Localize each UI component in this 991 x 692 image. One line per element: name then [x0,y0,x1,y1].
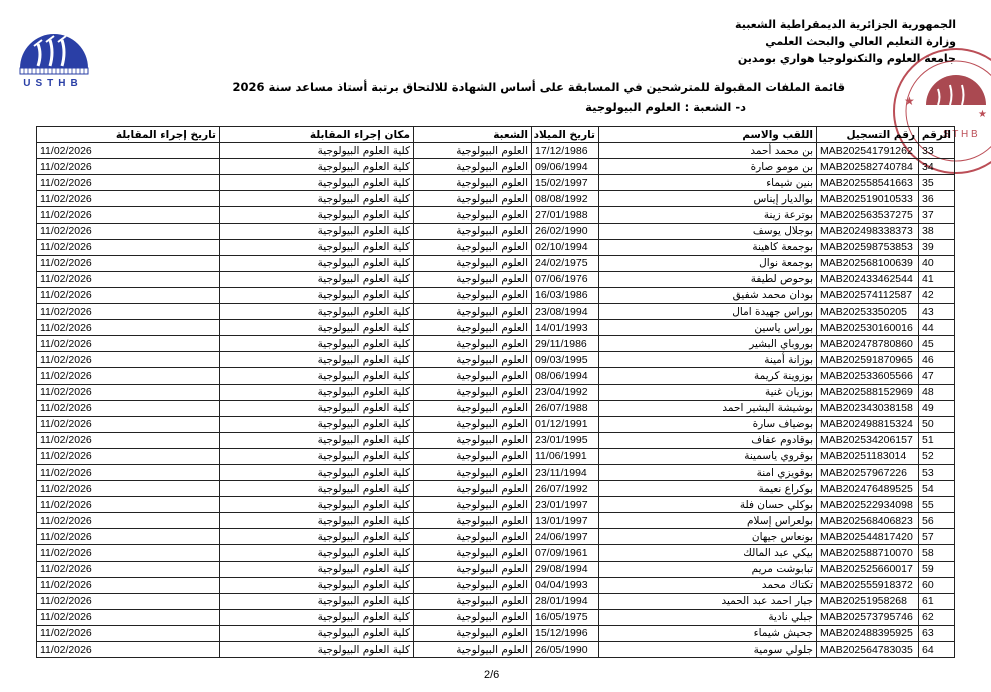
field-cell: العلوم البيولوجية [414,320,532,336]
table-row: 40MAB202568100639بوجمعة نوال24/02/1975ال… [37,255,955,271]
interview-place-cell: كلية العلوم البيولوجية [220,416,414,432]
candidate-name-cell: بوقادوم عفاف [599,432,817,448]
registration-number-cell: MAB202525660017 [817,561,919,577]
interview-place-cell: كلية العلوم البيولوجية [220,239,414,255]
candidate-name-cell: بوقروي ياسمينة [599,448,817,464]
field-cell: العلوم البيولوجية [414,432,532,448]
header-interview-place: مكان إجراء المقابلة [220,127,414,143]
field-cell: العلوم البيولوجية [414,352,532,368]
field-cell: العلوم البيولوجية [414,191,532,207]
usthb-logo-icon [14,24,94,80]
table-row: 62MAB202573795746جبلي نادية16/05/1975الع… [37,609,955,625]
table-row: 43MAB20253350205بوراس جهيدة امال23/08/19… [37,304,955,320]
row-number-cell: 55 [919,497,955,513]
birth-date-cell: 29/11/1986 [532,336,599,352]
interview-place-cell: كلية العلوم البيولوجية [220,143,414,159]
field-cell: العلوم البيولوجية [414,384,532,400]
row-number-cell: 61 [919,593,955,609]
candidate-name-cell: تبابوشت مريم [599,561,817,577]
field-cell: العلوم البيولوجية [414,513,532,529]
interview-place-cell: كلية العلوم البيولوجية [220,223,414,239]
interview-date-cell: 11/02/2026 [37,159,220,175]
table-row: 46MAB202591870965بوزانة أمينة09/03/1995ا… [37,352,955,368]
candidate-name-cell: بوترعة زينة [599,207,817,223]
field-cell: العلوم البيولوجية [414,304,532,320]
candidate-name-cell: جبار احمد عبد الحميد [599,593,817,609]
registration-number-cell: MAB202530160016 [817,320,919,336]
birth-date-cell: 15/02/1997 [532,175,599,191]
interview-place-cell: كلية العلوم البيولوجية [220,432,414,448]
birth-date-cell: 11/06/1991 [532,448,599,464]
table-row: 57MAB202544817420بونعاس جيهان24/06/1997ا… [37,529,955,545]
country-name: الجمهورية الجزائرية الديمقراطية الشعبية [735,16,956,33]
svg-text:★: ★ [904,94,915,108]
registration-number-cell: MAB202573795746 [817,609,919,625]
interview-place-cell: كلية العلوم البيولوجية [220,642,414,658]
registration-number-cell: MAB20251958268 [817,593,919,609]
birth-date-cell: 07/06/1976 [532,271,599,287]
birth-date-cell: 08/08/1992 [532,191,599,207]
candidate-name-cell: بوجمعة نوال [599,255,817,271]
row-number-cell: 51 [919,432,955,448]
table-row: 52MAB20251183014بوقروي ياسمينة11/06/1991… [37,448,955,464]
interview-date-cell: 11/02/2026 [37,175,220,191]
field-cell: العلوم البيولوجية [414,529,532,545]
birth-date-cell: 09/03/1995 [532,352,599,368]
table-row: 58MAB202588710070بيكي عبد المالك07/09/19… [37,545,955,561]
interview-date-cell: 11/02/2026 [37,271,220,287]
interview-date-cell: 11/02/2026 [37,223,220,239]
candidate-name-cell: جحيش شيماء [599,625,817,641]
birth-date-cell: 23/01/1995 [532,432,599,448]
birth-date-cell: 17/12/1986 [532,143,599,159]
table-row: 56MAB202568406823بولعراس إسلام13/01/1997… [37,513,955,529]
row-number-cell: 49 [919,400,955,416]
row-number-cell: 43 [919,304,955,320]
interview-date-cell: 11/02/2026 [37,384,220,400]
field-cell: العلوم البيولوجية [414,223,532,239]
interview-date-cell: 11/02/2026 [37,464,220,480]
field-cell: العلوم البيولوجية [414,642,532,658]
registration-number-cell: MAB20251183014 [817,448,919,464]
row-number-cell: 38 [919,223,955,239]
row-number-cell: 58 [919,545,955,561]
interview-place-cell: كلية العلوم البيولوجية [220,448,414,464]
candidate-name-cell: بوقويزي امنة [599,464,817,480]
registration-number-cell: MAB202476489525 [817,481,919,497]
candidate-name-cell: بوشيشة البشير احمد [599,400,817,416]
interview-place-cell: كلية العلوم البيولوجية [220,271,414,287]
birth-date-cell: 24/02/1975 [532,255,599,271]
birth-date-cell: 23/01/1997 [532,497,599,513]
field-cell: العلوم البيولوجية [414,159,532,175]
interview-date-cell: 11/02/2026 [37,609,220,625]
interview-date-cell: 11/02/2026 [37,481,220,497]
page-number: 2/6 [484,669,499,681]
interview-date-cell: 11/02/2026 [37,497,220,513]
row-number-cell: 57 [919,529,955,545]
birth-date-cell: 08/06/1994 [532,368,599,384]
candidate-name-cell: بوضياف سارة [599,416,817,432]
table-row: 41MAB202433462544بوحوص لطيفة07/06/1976ال… [37,271,955,287]
interview-date-cell: 11/02/2026 [37,336,220,352]
birth-date-cell: 14/01/1993 [532,320,599,336]
birth-date-cell: 26/05/1990 [532,642,599,658]
candidate-name-cell: بونعاس جيهان [599,529,817,545]
table-row: 44MAB202530160016بوراس ياسين14/01/1993ال… [37,320,955,336]
registration-number-cell: MAB202478780860 [817,336,919,352]
field-cell: العلوم البيولوجية [414,593,532,609]
birth-date-cell: 23/11/1994 [532,464,599,480]
row-number-cell: 40 [919,255,955,271]
interview-date-cell: 11/02/2026 [37,529,220,545]
table-row: 51MAB202534206157بوقادوم عفاف23/01/1995ا… [37,432,955,448]
field-cell: العلوم البيولوجية [414,255,532,271]
registration-number-cell: MAB202574112587 [817,287,919,303]
row-number-cell: 36 [919,191,955,207]
header-interview-date: تاريخ إجراء المقابلة [37,127,220,143]
registration-number-cell: MAB202564783035 [817,642,919,658]
row-number-cell: 48 [919,384,955,400]
registration-number-cell: MAB202343038158 [817,400,919,416]
interview-date-cell: 11/02/2026 [37,625,220,641]
interview-place-cell: كلية العلوم البيولوجية [220,577,414,593]
interview-date-cell: 11/02/2026 [37,400,220,416]
interview-place-cell: كلية العلوم البيولوجية [220,207,414,223]
registration-number-cell: MAB202588710070 [817,545,919,561]
table-header-row: الرقم رقم التسجيل اللقب والاسم تاريخ الم… [37,127,955,143]
header-registration: رقم التسجيل [817,127,919,143]
birth-date-cell: 04/04/1993 [532,577,599,593]
table-row: 55MAB202522934098بوكلي حسان فلة23/01/199… [37,497,955,513]
header-field: الشعبة [414,127,532,143]
interview-date-cell: 11/02/2026 [37,239,220,255]
interview-place-cell: كلية العلوم البيولوجية [220,320,414,336]
interview-date-cell: 11/02/2026 [37,545,220,561]
interview-date-cell: 11/02/2026 [37,143,220,159]
birth-date-cell: 28/01/1994 [532,593,599,609]
table-row: 60MAB202555918372تكتاك محمد04/04/1993الع… [37,577,955,593]
candidate-name-cell: بوزانة أمينة [599,352,817,368]
field-cell: العلوم البيولوجية [414,497,532,513]
row-number-cell: 60 [919,577,955,593]
interview-date-cell: 11/02/2026 [37,368,220,384]
registration-number-cell: MAB202433462544 [817,271,919,287]
interview-place-cell: كلية العلوم البيولوجية [220,464,414,480]
candidate-name-cell: بوجمعة كاهينة [599,239,817,255]
birth-date-cell: 13/01/1997 [532,513,599,529]
interview-date-cell: 11/02/2026 [37,577,220,593]
candidate-name-cell: بودان محمد شفيق [599,287,817,303]
interview-date-cell: 11/02/2026 [37,352,220,368]
candidate-name-cell: بوحوص لطيفة [599,271,817,287]
candidate-name-cell: جبلي نادية [599,609,817,625]
registration-number-cell: MAB202558541663 [817,175,919,191]
field-cell: العلوم البيولوجية [414,416,532,432]
interview-place-cell: كلية العلوم البيولوجية [220,609,414,625]
interview-place-cell: كلية العلوم البيولوجية [220,561,414,577]
birth-date-cell: 29/08/1994 [532,561,599,577]
interview-place-cell: كلية العلوم البيولوجية [220,529,414,545]
row-number-cell: 54 [919,481,955,497]
registration-number-cell: MAB202588152969 [817,384,919,400]
header-birthdate: تاريخ الميلاد [532,127,599,143]
field-cell: العلوم البيولوجية [414,625,532,641]
field-cell: العلوم البيولوجية [414,561,532,577]
registration-number-cell: MAB20257967226 [817,464,919,480]
row-number-cell: 47 [919,368,955,384]
interview-date-cell: 11/02/2026 [37,304,220,320]
table-row: 59MAB202525660017تبابوشت مريم29/08/1994ا… [37,561,955,577]
candidate-name-cell: بوزيان غنية [599,384,817,400]
candidate-name-cell: بوزوينة كريمة [599,368,817,384]
birth-date-cell: 15/12/1996 [532,625,599,641]
table-row: 61MAB20251958268جبار احمد عبد الحميد28/0… [37,593,955,609]
field-cell: العلوم البيولوجية [414,207,532,223]
field-heading: د- الشعبة : العلوم البيولوجية [585,100,746,114]
table-row: 49MAB202343038158بوشيشة البشير احمد26/07… [37,400,955,416]
table-row: 48MAB202588152969بوزيان غنية23/04/1992ال… [37,384,955,400]
field-cell: العلوم البيولوجية [414,464,532,480]
interview-place-cell: كلية العلوم البيولوجية [220,336,414,352]
header-num: الرقم [919,127,955,143]
document-title: قائمة الملفات المقبولة للمترشحين في المس… [233,80,846,94]
birth-date-cell: 27/01/1988 [532,207,599,223]
institution-header: الجمهورية الجزائرية الديمقراطية الشعبية … [735,16,956,67]
field-cell: العلوم البيولوجية [414,175,532,191]
table-row: 38MAB202498338373بوجلال يوسف26/02/1990ال… [37,223,955,239]
row-number-cell: 34 [919,159,955,175]
candidate-name-cell: بوجلال يوسف [599,223,817,239]
table-row: 42MAB202574112587بودان محمد شفيق16/03/19… [37,287,955,303]
table-row: 54MAB202476489525بوكراع نعيمة26/07/1992ا… [37,481,955,497]
interview-place-cell: كلية العلوم البيولوجية [220,545,414,561]
row-number-cell: 59 [919,561,955,577]
interview-date-cell: 11/02/2026 [37,207,220,223]
ministry-name: وزارة التعليم العالي والبحث العلمي [735,33,956,50]
birth-date-cell: 07/09/1961 [532,545,599,561]
interview-place-cell: كلية العلوم البيولوجية [220,497,414,513]
row-number-cell: 62 [919,609,955,625]
registration-number-cell: MAB202555918372 [817,577,919,593]
interview-date-cell: 11/02/2026 [37,191,220,207]
registration-number-cell: MAB202498815324 [817,416,919,432]
table-row: 35MAB202558541663بنين شيماء15/02/1997الع… [37,175,955,191]
registration-number-cell: MAB202522934098 [817,497,919,513]
registration-number-cell: MAB202498338373 [817,223,919,239]
interview-date-cell: 11/02/2026 [37,287,220,303]
interview-date-cell: 11/02/2026 [37,561,220,577]
interview-place-cell: كلية العلوم البيولوجية [220,191,414,207]
candidate-name-cell: بوراس جهيدة امال [599,304,817,320]
birth-date-cell: 24/06/1997 [532,529,599,545]
candidate-name-cell: بوالديار إيناس [599,191,817,207]
row-number-cell: 42 [919,287,955,303]
birth-date-cell: 16/05/1975 [532,609,599,625]
candidate-name-cell: بن مومو صارة [599,159,817,175]
row-number-cell: 45 [919,336,955,352]
registration-number-cell: MAB202582740784 [817,159,919,175]
birth-date-cell: 09/06/1994 [532,159,599,175]
candidates-table: الرقم رقم التسجيل اللقب والاسم تاريخ الم… [36,126,955,658]
university-name: جامعة العلوم والتكنولوجيا هواري بومدين [735,50,956,67]
interview-date-cell: 11/02/2026 [37,448,220,464]
interview-date-cell: 11/02/2026 [37,432,220,448]
row-number-cell: 50 [919,416,955,432]
candidate-name-cell: بيكي عبد المالك [599,545,817,561]
interview-date-cell: 11/02/2026 [37,593,220,609]
interview-place-cell: كلية العلوم البيولوجية [220,255,414,271]
registration-number-cell: MAB202541791262 [817,143,919,159]
interview-place-cell: كلية العلوم البيولوجية [220,287,414,303]
row-number-cell: 35 [919,175,955,191]
logo-text: USTHB [18,78,88,89]
row-number-cell: 33 [919,143,955,159]
row-number-cell: 46 [919,352,955,368]
interview-date-cell: 11/02/2026 [37,513,220,529]
row-number-cell: 44 [919,320,955,336]
birth-date-cell: 01/12/1991 [532,416,599,432]
row-number-cell: 52 [919,448,955,464]
birth-date-cell: 26/02/1990 [532,223,599,239]
field-cell: العلوم البيولوجية [414,400,532,416]
row-number-cell: 64 [919,642,955,658]
field-cell: العلوم البيولوجية [414,143,532,159]
table-row: 45MAB202478780860بوروباي البشير29/11/198… [37,336,955,352]
interview-date-cell: 11/02/2026 [37,642,220,658]
row-number-cell: 41 [919,271,955,287]
row-number-cell: 63 [919,625,955,641]
header-name: اللقب والاسم [599,127,817,143]
svg-text:★: ★ [978,109,987,120]
field-cell: العلوم البيولوجية [414,336,532,352]
candidate-name-cell: بن محمد أحمد [599,143,817,159]
field-cell: العلوم البيولوجية [414,448,532,464]
registration-number-cell: MAB202519010533 [817,191,919,207]
registration-number-cell: MAB202488395925 [817,625,919,641]
table-row: 39MAB202598753853بوجمعة كاهينة02/10/1994… [37,239,955,255]
candidate-name-cell: جلولي سومية [599,642,817,658]
registration-number-cell: MAB202534206157 [817,432,919,448]
row-number-cell: 39 [919,239,955,255]
candidate-name-cell: بوراس ياسين [599,320,817,336]
birth-date-cell: 23/08/1994 [532,304,599,320]
interview-place-cell: كلية العلوم البيولوجية [220,175,414,191]
interview-place-cell: كلية العلوم البيولوجية [220,400,414,416]
field-cell: العلوم البيولوجية [414,545,532,561]
registration-number-cell: MAB202544817420 [817,529,919,545]
candidate-name-cell: بوكراع نعيمة [599,481,817,497]
interview-place-cell: كلية العلوم البيولوجية [220,481,414,497]
candidate-name-cell: بنين شيماء [599,175,817,191]
registration-number-cell: MAB202568406823 [817,513,919,529]
birth-date-cell: 23/04/1992 [532,384,599,400]
registration-number-cell: MAB20253350205 [817,304,919,320]
interview-place-cell: كلية العلوم البيولوجية [220,304,414,320]
interview-place-cell: كلية العلوم البيولوجية [220,159,414,175]
registration-number-cell: MAB202598753853 [817,239,919,255]
table-row: 63MAB202488395925جحيش شيماء15/12/1996الع… [37,625,955,641]
interview-place-cell: كلية العلوم البيولوجية [220,625,414,641]
row-number-cell: 53 [919,464,955,480]
table-row: 47MAB202533605566بوزوينة كريمة08/06/1994… [37,368,955,384]
birth-date-cell: 16/03/1986 [532,287,599,303]
interview-date-cell: 11/02/2026 [37,416,220,432]
registration-number-cell: MAB202568100639 [817,255,919,271]
field-cell: العلوم البيولوجية [414,368,532,384]
interview-date-cell: 11/02/2026 [37,255,220,271]
table-row: 50MAB202498815324بوضياف سارة01/12/1991ال… [37,416,955,432]
candidate-name-cell: بولعراس إسلام [599,513,817,529]
candidate-name-cell: بوكلي حسان فلة [599,497,817,513]
field-cell: العلوم البيولوجية [414,481,532,497]
field-cell: العلوم البيولوجية [414,577,532,593]
table-row: 53MAB20257967226بوقويزي امنة23/11/1994ال… [37,464,955,480]
candidate-name-cell: بوروباي البشير [599,336,817,352]
row-number-cell: 37 [919,207,955,223]
registration-number-cell: MAB202563537275 [817,207,919,223]
birth-date-cell: 02/10/1994 [532,239,599,255]
birth-date-cell: 26/07/1988 [532,400,599,416]
table-row: 36MAB202519010533بوالديار إيناس08/08/199… [37,191,955,207]
interview-place-cell: كلية العلوم البيولوجية [220,368,414,384]
table-row: 33MAB202541791262بن محمد أحمد17/12/1986ا… [37,143,955,159]
field-cell: العلوم البيولوجية [414,271,532,287]
table-row: 64MAB202564783035جلولي سومية26/05/1990ال… [37,642,955,658]
interview-place-cell: كلية العلوم البيولوجية [220,352,414,368]
field-cell: العلوم البيولوجية [414,239,532,255]
row-number-cell: 56 [919,513,955,529]
field-cell: العلوم البيولوجية [414,287,532,303]
table-row: 37MAB202563537275بوترعة زينة27/01/1988ال… [37,207,955,223]
field-cell: العلوم البيولوجية [414,609,532,625]
registration-number-cell: MAB202533605566 [817,368,919,384]
registration-number-cell: MAB202591870965 [817,352,919,368]
table-row: 34MAB202582740784بن مومو صارة09/06/1994ا… [37,159,955,175]
interview-place-cell: كلية العلوم البيولوجية [220,513,414,529]
interview-place-cell: كلية العلوم البيولوجية [220,384,414,400]
birth-date-cell: 26/07/1992 [532,481,599,497]
interview-date-cell: 11/02/2026 [37,320,220,336]
candidate-name-cell: تكتاك محمد [599,577,817,593]
interview-place-cell: كلية العلوم البيولوجية [220,593,414,609]
